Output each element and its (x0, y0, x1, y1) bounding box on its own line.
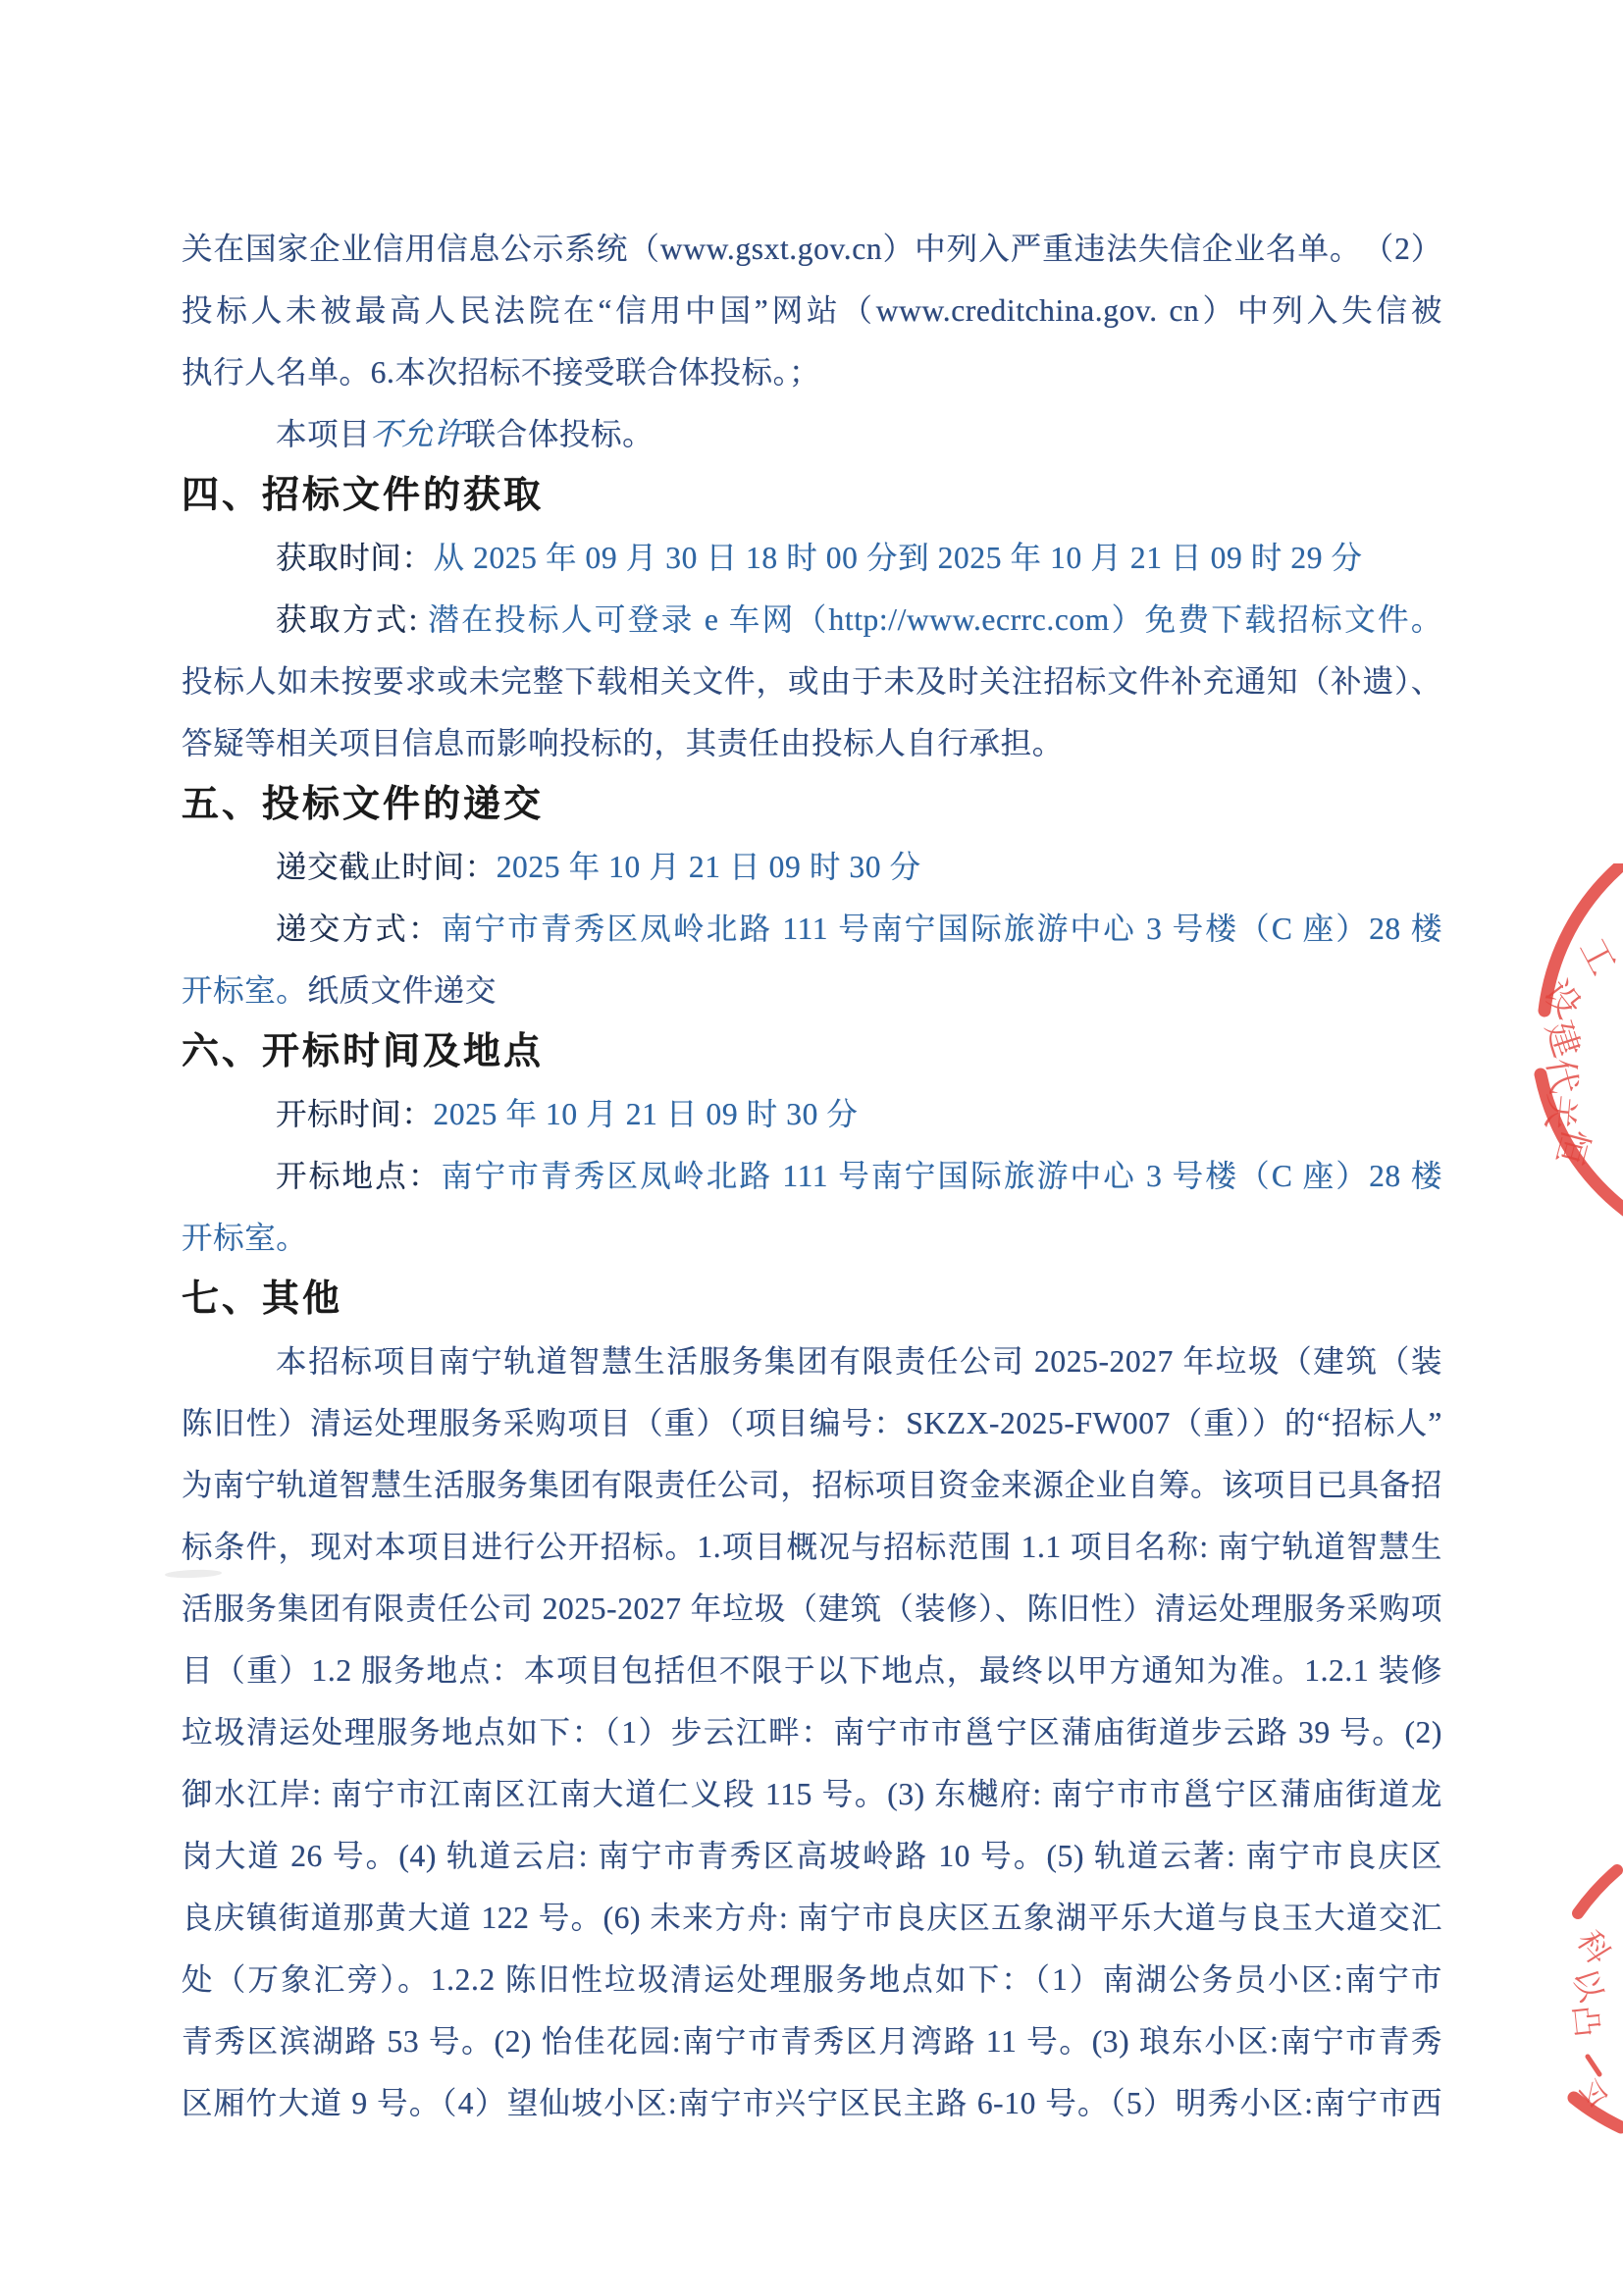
seal-glyph: 今 (1572, 2073, 1613, 2112)
text-line: 青秀区滨湖路 53 号。(2) 怡佳花园:南宁市青秀区月湾路 11 号。(3) … (182, 2010, 1442, 2072)
seal-arc (1541, 1074, 1623, 1213)
text-segment: 开标地点： (276, 1159, 442, 1193)
text-line: 投标人如未按要求或未完整下载相关文件，或由于未及时关注招标文件补充通知（补遗）、 (182, 651, 1442, 712)
text-line: 获取方式: 潜在投标人可登录 e 车网（http://www.ecrrc.com… (182, 589, 1442, 651)
text-line: 标条件，现对本项目进行公开招标。1.项目概况与招标范围 1.1 项目名称: 南宁… (182, 1516, 1442, 1578)
text-segment: 获取时间： (276, 541, 434, 575)
seal-glyph: 建 (1539, 1017, 1588, 1063)
text-segment: 良庆镇街道那黄大道 122 号。(6) 未来方舟: 南宁市良庆区五象湖平乐大道与… (182, 1901, 1442, 1935)
scanned-tender-document-page: 关在国家企业信用信息公示系统（www.gsxt.gov.cn）中列入严重违法失信… (0, 0, 1623, 2296)
section-heading: 七、其他 (182, 1269, 1442, 1331)
text-segment: 递交方式： (276, 912, 442, 946)
text-segment: 开标室。 (182, 1221, 307, 1255)
text-segment: 开标时间： (276, 1097, 434, 1131)
text-line: 活服务集团有限责任公司 2025-2027 年垃圾（建筑（装修）、陈旧性）清运处… (182, 1578, 1442, 1640)
text-segment: 投标人未被最高人民法院在“信用中国”网站（www.creditchina.gov… (182, 293, 1442, 328)
text-line: 开标室。纸质文件递交 (182, 960, 1442, 1021)
text-line: 本项目不允许联合体投标。 (182, 403, 1442, 465)
text-segment: 开标室。 (182, 973, 307, 1008)
text-line: 区厢竹大道 9 号。（4）望仙坡小区:南宁市兴宁区民主路 6-10 号。（5）明… (182, 2072, 1442, 2134)
text-segment: 投标人如未按要求或未完整下载相关文件，或由于未及时关注招标文件补充通知（补遗）、 (182, 664, 1442, 699)
seal-glyph: 关 (1539, 1093, 1582, 1131)
text-line: 本招标项目南宁轨道智慧生活服务集团有限责任公司 2025-2027 年垃圾（建筑… (182, 1331, 1442, 1392)
text-segment: 潜在投标人可登录 e 车网（http://www.ecrrc.com）免费下载招… (428, 602, 1442, 637)
section-heading: 六、开标时间及地点 (182, 1021, 1442, 1083)
text-segment: 为南宁轨道智慧生活服务集团有限责任公司，招标项目资金来源企业自筹。该项目已具备招 (182, 1468, 1442, 1502)
text-segment: 目（重）1.2 服务地点：本项目包括但不限于以下地点，最终以甲方通知为准。1.2… (182, 1653, 1442, 1688)
text-segment: 活服务集团有限责任公司 2025-2027 年垃圾（建筑（装修）、陈旧性）清运处… (182, 1592, 1442, 1626)
seal-glyph: 工 (1572, 931, 1623, 981)
text-line: 开标地点：南宁市青秀区凤岭北路 111 号南宁国际旅游中心 3 号楼（C 座）2… (182, 1145, 1442, 1207)
seal-arc (1578, 1870, 1617, 1913)
seal-mark (1588, 2057, 1599, 2074)
text-segment: 答疑等相关项目信息而影响投标的，其责任由投标人自行承担。 (182, 726, 1064, 760)
text-segment: 南宁市青秀区凤岭北路 111 号南宁国际旅游中心 3 号楼（C 座）28 楼 2… (276, 1159, 1442, 1207)
text-line: 开标室。 (182, 1207, 1442, 1269)
seal-glyph: 代 (1540, 1056, 1585, 1096)
text-segment: 南宁市青秀区凤岭北路 111 号南宁国际旅游中心 3 号楼（C 座）28 楼 2… (276, 912, 1442, 960)
text-segment: 从 2025 年 09 月 30 日 18 时 00 分到 2025 年 10 … (434, 541, 1363, 575)
text-line: 目（重）1.2 服务地点：本项目包括但不限于以下地点，最终以甲方通知为准。1.2… (182, 1640, 1442, 1701)
seal-glyph: 设 (1536, 972, 1589, 1025)
text-line: 执行人名单。6.本次招标不接受联合体投标。； (182, 341, 1442, 403)
text-line: 御水江岸: 南宁市江南区江南大道仁义段 115 号。(3) 东樾府: 南宁市市邕… (182, 1763, 1442, 1825)
text-segment: 垃圾清运处理服务地点如下：（1）步云江畔：南宁市市邕宁区蒲庙街道步云路 39 号… (182, 1715, 1442, 1749)
text-segment: 执行人名单。6.本次招标不接受联合体投标。； (182, 355, 820, 390)
text-segment: 标条件，现对本项目进行公开招标。1.项目概况与招标范围 1.1 项目名称: 南宁… (182, 1530, 1442, 1564)
text-line: 垃圾清运处理服务地点如下：（1）步云江畔：南宁市市邕宁区蒲庙街道步云路 39 号… (182, 1701, 1442, 1763)
text-line: 获取时间：从 2025 年 09 月 30 日 18 时 00 分到 2025 … (182, 527, 1442, 589)
seal-arc (1574, 2098, 1621, 2127)
text-line: 关在国家企业信用信息公示系统（www.gsxt.gov.cn）中列入严重违法失信… (182, 218, 1442, 280)
text-segment: 处（万象汇旁）。1.2.2 陈旧性垃圾清运处理服务地点如下：（1）南湖公务员小区… (182, 1962, 1442, 1997)
text-segment: 本招标项目南宁轨道智慧生活服务集团有限责任公司 2025-2027 年垃圾（建筑… (276, 1344, 1442, 1392)
text-line: 陈旧性）清运处理服务采购项目（重）（项目编号：SKZX-2025-FW007（重… (182, 1392, 1442, 1454)
seal-glyph: 凸 (1567, 2004, 1605, 2039)
text-segment: 青秀区滨湖路 53 号。(2) 怡佳花园:南宁市青秀区月湾路 11 号。(3) … (182, 2024, 1442, 2059)
seal-glyph: 恒 (1548, 1124, 1597, 1169)
text-line: 递交截止时间：2025 年 10 月 21 日 09 时 30 分 (182, 836, 1442, 898)
text-segment: 本项目 (276, 417, 370, 451)
text-line: 投标人未被最高人民法院在“信用中国”网站（www.creditchina.gov… (182, 280, 1442, 341)
red-seal-top-partial: 工 设 建 代 关 恒 (1511, 863, 1623, 1217)
seal-glyph: 科 (1570, 1925, 1616, 1970)
text-segment: 获取方式: (276, 602, 428, 637)
text-segment: 递交截止时间： (276, 850, 497, 884)
text-segment: 岗大道 26 号。(4) 轨道云启: 南宁市青秀区高坡岭路 10 号。(5) 轨… (182, 1839, 1442, 1873)
text-segment: 联合体投标。 (465, 417, 654, 451)
text-segment: 陈旧性）清运处理服务采购项目（重）（项目编号：SKZX-2025-FW007（重… (182, 1406, 1442, 1440)
text-segment: 纸质文件递交 (307, 973, 497, 1008)
text-line: 处（万象汇旁）。1.2.2 陈旧性垃圾清运处理服务地点如下：（1）南湖公务员小区… (182, 1949, 1442, 2010)
text-segment: 2025 年 10 月 21 日 09 时 30 分 (497, 850, 921, 884)
text-line: 开标时间：2025 年 10 月 21 日 09 时 30 分 (182, 1083, 1442, 1145)
section-heading: 四、招标文件的获取 (182, 465, 1442, 527)
text-segment: 关在国家企业信用信息公示系统（www.gsxt.gov.cn）中列入严重违法失信… (182, 232, 1442, 266)
text-line: 良庆镇街道那黄大道 122 号。(6) 未来方舟: 南宁市良庆区五象湖平乐大道与… (182, 1887, 1442, 1949)
text-line: 递交方式：南宁市青秀区凤岭北路 111 号南宁国际旅游中心 3 号楼（C 座）2… (182, 898, 1442, 960)
text-line: 答疑等相关项目信息而影响投标的，其责任由投标人自行承担。 (182, 712, 1442, 774)
section-heading: 五、投标文件的递交 (182, 774, 1442, 836)
seal-arc (1544, 865, 1621, 1011)
text-segment: 不允许 (370, 417, 464, 451)
text-segment: 御水江岸: 南宁市江南区江南大道仁义段 115 号。(3) 东樾府: 南宁市市邕… (182, 1777, 1442, 1811)
document-text-block: 关在国家企业信用信息公示系统（www.gsxt.gov.cn）中列入严重违法失信… (182, 218, 1442, 2134)
red-seal-bottom-partial: 科 以 凸 今 (1527, 1864, 1623, 2159)
text-segment: 区厢竹大道 9 号。（4）望仙坡小区:南宁市兴宁区民主路 6-10 号。（5）明… (182, 2086, 1442, 2120)
text-line: 岗大道 26 号。(4) 轨道云启: 南宁市青秀区高坡岭路 10 号。(5) 轨… (182, 1825, 1442, 1887)
seal-glyph: 以 (1566, 1964, 1610, 2007)
text-segment: 2025 年 10 月 21 日 09 时 30 分 (434, 1097, 859, 1131)
text-line: 为南宁轨道智慧生活服务集团有限责任公司，招标项目资金来源企业自筹。该项目已具备招 (182, 1454, 1442, 1516)
